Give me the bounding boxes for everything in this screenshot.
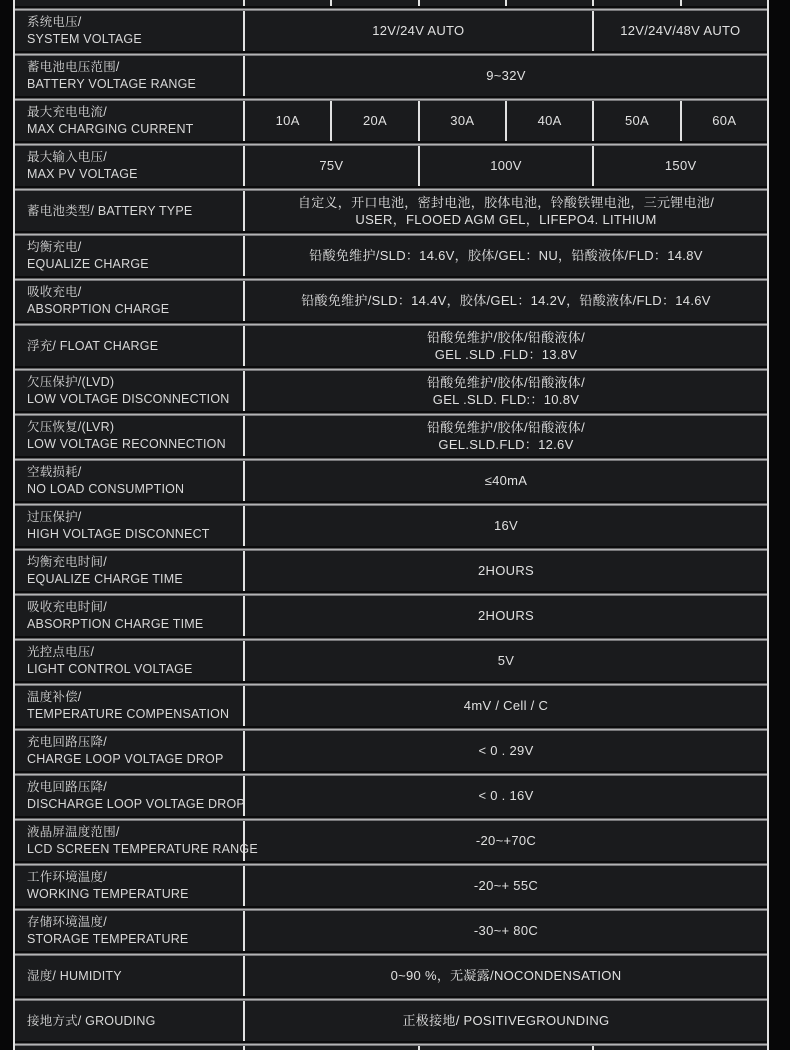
spec-value-text: 0~90 %，无凝露/NOCONDENSATION	[391, 967, 622, 985]
table-row: 系统电压/SYSTEM VOLTAGE12V/24V AUTO12V/24V/4…	[15, 11, 767, 51]
row-label: 放电回路压降/DISCHARGE LOOP VOLTAGE DROP	[15, 776, 243, 816]
table-row: 放电回路压降/DISCHARGE LOOP VOLTAGE DROP< 0 . …	[15, 776, 767, 816]
table-bottom-fragment-row	[15, 1046, 767, 1050]
row-label-text: 欠压恢复/(LVR)	[27, 419, 239, 436]
spec-value-text: 铅酸免维护/胶体/铅酸液体/	[427, 329, 585, 347]
row-label-text: 工作环境温度/	[27, 869, 239, 886]
row-label-text: 充电回路压降/	[27, 734, 239, 751]
spec-table-body: 系统电压/SYSTEM VOLTAGE12V/24V AUTO12V/24V/4…	[15, 11, 767, 1046]
row-label-text: WORKING TEMPERATURE	[27, 886, 239, 903]
row-label-text: DISCHARGE LOOP VOLTAGE DROP	[27, 796, 239, 813]
table-row: 欠压保护/(LVD)LOW VOLTAGE DISCONNECTION铅酸免维护…	[15, 371, 767, 411]
table-row: 湿度/ HUMIDITY0~90 %，无凝露/NOCONDENSATION	[15, 956, 767, 996]
spec-value-cell: < 0 . 16V	[243, 776, 767, 816]
spec-value-cell: 30A	[418, 101, 505, 141]
row-label-text: 接地方式/ GROUDING	[27, 1013, 239, 1030]
spec-value-cell: 铅酸免维护/胶体/铅酸液体/GEL .SLD. FLD:：10.8V	[243, 371, 767, 411]
spec-value-cell: 铅酸免维护/SLD：14.6V，胶体/GEL：NU，铅酸液体/FLD：14.8V	[243, 236, 767, 276]
spec-value-text: 铅酸免维护/胶体/铅酸液体/	[427, 419, 585, 437]
spec-value-cell: 0~90 %，无凝露/NOCONDENSATION	[243, 956, 767, 996]
row-label: 接地方式/ GROUDING	[15, 1001, 243, 1041]
table-row: 均衡充电时间/EQUALIZE CHARGE TIME2HOURS	[15, 551, 767, 591]
spec-value-text: 12V/24V/48V AUTO	[620, 22, 740, 40]
row-label-text: 系统电压/	[27, 14, 239, 31]
spec-value-text: -20~+ 55C	[474, 877, 538, 895]
spec-value-text: 12V/24V AUTO	[372, 22, 464, 40]
spec-value-text: 9~32V	[486, 67, 525, 85]
table-row: 均衡充电/EQUALIZE CHARGE铅酸免维护/SLD：14.6V，胶体/G…	[15, 236, 767, 276]
row-label-text: 蓄电池类型/ BATTERY TYPE	[27, 203, 239, 220]
row-label-text: 温度补偿/	[27, 689, 239, 706]
spec-value-text: 16V	[494, 517, 518, 535]
row-label: 温度补偿/TEMPERATURE COMPENSATION	[15, 686, 243, 726]
spec-value-cell: 自定义，开口电池，密封电池，胶体电池，铃酸铁锂电池，三元锂电池/USER，FLO…	[243, 191, 767, 231]
spec-value-text: ≤40mA	[485, 472, 528, 490]
spec-value-cell: 150V	[592, 146, 767, 186]
row-label: 系统电压/SYSTEM VOLTAGE	[15, 11, 243, 51]
fragment-cell	[592, 1046, 767, 1050]
fragment-cell	[330, 0, 417, 6]
row-label-text: 蓄电池电压范围/	[27, 59, 239, 76]
table-row: 过压保护/HIGH VOLTAGE DISCONNECT16V	[15, 506, 767, 546]
spec-value-text: 铅酸免维护/SLD：14.4V，胶体/GEL：14.2V，铅酸液体/FLD：14…	[301, 292, 711, 310]
row-label-text: STORAGE TEMPERATURE	[27, 931, 239, 948]
fragment-label-cell	[15, 0, 243, 6]
row-label-text: 空载损耗/	[27, 464, 239, 481]
spec-value-text: 100V	[490, 157, 522, 175]
table-row: 接地方式/ GROUDING正极接地/ POSITIVEGROUNDING	[15, 1001, 767, 1041]
table-row: 空载损耗/NO LOAD CONSUMPTION≤40mA	[15, 461, 767, 501]
row-label-text: EQUALIZE CHARGE TIME	[27, 571, 239, 588]
fragment-cell	[418, 1046, 593, 1050]
table-row: 吸收充电/ABSORPTION CHARGE铅酸免维护/SLD：14.4V，胶体…	[15, 281, 767, 321]
spec-value-cell: 5V	[243, 641, 767, 681]
row-label-text: SYSTEM VOLTAGE	[27, 31, 239, 48]
row-label: 蓄电池电压范围/BATTERY VOLTAGE RANGE	[15, 56, 243, 96]
table-row: 温度补偿/TEMPERATURE COMPENSATION4mV / Cell …	[15, 686, 767, 726]
table-row: 存储环境温度/STORAGE TEMPERATURE-30~+ 80C	[15, 911, 767, 951]
spec-value-text: USER，FLOOED AGM GEL，LIFEPO4. LITHIUM	[355, 211, 656, 229]
row-label: 液晶屏温度范围/LCD SCREEN TEMPERATURE RANGE	[15, 821, 243, 861]
row-label-text: EQUALIZE CHARGE	[27, 256, 239, 273]
spec-value-cell: -20~+ 55C	[243, 866, 767, 906]
spec-value-cell: 4mV / Cell / C	[243, 686, 767, 726]
row-label: 存储环境温度/STORAGE TEMPERATURE	[15, 911, 243, 951]
row-label: 最大输入电压/MAX PV VOLTAGE	[15, 146, 243, 186]
row-label-text: HIGH VOLTAGE DISCONNECT	[27, 526, 239, 543]
row-label-text: 光控点电压/	[27, 644, 239, 661]
spec-value-cell: ≤40mA	[243, 461, 767, 501]
row-label: 工作环境温度/WORKING TEMPERATURE	[15, 866, 243, 906]
spec-value-cell: 铅酸免维护/SLD：14.4V，胶体/GEL：14.2V，铅酸液体/FLD：14…	[243, 281, 767, 321]
row-label-text: MAX PV VOLTAGE	[27, 166, 239, 183]
row-label: 均衡充电/EQUALIZE CHARGE	[15, 236, 243, 276]
row-label-text: 吸收充电/	[27, 284, 239, 301]
row-label-text: LOW VOLTAGE DISCONNECTION	[27, 391, 239, 408]
fragment-cell	[243, 1046, 418, 1050]
spec-value-cell: 2HOURS	[243, 596, 767, 636]
table-row: 蓄电池类型/ BATTERY TYPE自定义，开口电池，密封电池，胶体电池，铃酸…	[15, 191, 767, 231]
spec-value-text: -20~+70C	[476, 832, 536, 850]
spec-value-text: 自定义，开口电池，密封电池，胶体电池，铃酸铁锂电池，三元锂电池/	[298, 194, 714, 212]
row-label-text: TEMPERATURE COMPENSATION	[27, 706, 239, 723]
fragment-cell	[243, 0, 330, 6]
row-label-text: 过压保护/	[27, 509, 239, 526]
spec-value-text: 30A	[450, 112, 474, 130]
table-row: 充电回路压降/CHARGE LOOP VOLTAGE DROP< 0 . 29V	[15, 731, 767, 771]
row-label: 浮充/ FLOAT CHARGE	[15, 326, 243, 366]
spec-value-text: 10A	[276, 112, 300, 130]
row-label-text: 放电回路压降/	[27, 779, 239, 796]
row-label: 充电回路压降/CHARGE LOOP VOLTAGE DROP	[15, 731, 243, 771]
table-row: 最大充电电流/MAX CHARGING CURRENT10A20A30A40A5…	[15, 101, 767, 141]
spec-value-cell: 铅酸免维护/胶体/铅酸液体/GEL .SLD .FLD：13.8V	[243, 326, 767, 366]
row-label-text: 液晶屏温度范围/	[27, 824, 239, 841]
spec-value-cell: 10A	[243, 101, 330, 141]
spec-value-text: 2HOURS	[478, 607, 534, 625]
spec-value-text: 5V	[498, 652, 515, 670]
spec-value-cell: 60A	[680, 101, 767, 141]
row-label-text: BATTERY VOLTAGE RANGE	[27, 76, 239, 93]
table-row: 欠压恢复/(LVR)LOW VOLTAGE RECONNECTION铅酸免维护/…	[15, 416, 767, 456]
spec-value-text: 60A	[712, 112, 736, 130]
row-label-text: LIGHT CONTROL VOLTAGE	[27, 661, 239, 678]
spec-value-cell: 20A	[330, 101, 417, 141]
row-label-text: LOW VOLTAGE RECONNECTION	[27, 436, 239, 453]
row-label-text: 吸收充电时间/	[27, 599, 239, 616]
row-label-text: 湿度/ HUMIDITY	[27, 968, 239, 985]
spec-value-text: < 0 . 16V	[478, 787, 533, 805]
row-label-text: 欠压保护/(LVD)	[27, 374, 239, 391]
row-label: 欠压保护/(LVD)LOW VOLTAGE DISCONNECTION	[15, 371, 243, 411]
row-label-text: ABSORPTION CHARGE	[27, 301, 239, 318]
spec-value-cell: < 0 . 29V	[243, 731, 767, 771]
row-label: 湿度/ HUMIDITY	[15, 956, 243, 996]
spec-value-text: 2HOURS	[478, 562, 534, 580]
spec-value-text: 50A	[625, 112, 649, 130]
spec-value-text: 铅酸免维护/胶体/铅酸液体/	[427, 374, 585, 392]
spec-value-text: GEL .SLD. FLD:：10.8V	[433, 391, 579, 409]
fragment-label-cell	[15, 1046, 243, 1050]
row-label: 过压保护/HIGH VOLTAGE DISCONNECT	[15, 506, 243, 546]
row-label: 光控点电压/LIGHT CONTROL VOLTAGE	[15, 641, 243, 681]
spec-value-cell: 正极接地/ POSITIVEGROUNDING	[243, 1001, 767, 1041]
spec-value-text: 正极接地/ POSITIVEGROUNDING	[403, 1012, 610, 1030]
row-label-text: LCD SCREEN TEMPERATURE RANGE	[27, 841, 239, 858]
table-row: 吸收充电时间/ABSORPTION CHARGE TIME2HOURS	[15, 596, 767, 636]
row-label: 吸收充电时间/ABSORPTION CHARGE TIME	[15, 596, 243, 636]
row-label: 蓄电池类型/ BATTERY TYPE	[15, 191, 243, 231]
table-row: 光控点电压/LIGHT CONTROL VOLTAGE5V	[15, 641, 767, 681]
row-label: 吸收充电/ABSORPTION CHARGE	[15, 281, 243, 321]
spec-value-text: 150V	[665, 157, 697, 175]
fragment-cell	[680, 0, 767, 6]
spec-value-text: 铅酸免维护/SLD：14.6V，胶体/GEL：NU，铅酸液体/FLD：14.8V	[309, 247, 702, 265]
row-label-text: 均衡充电时间/	[27, 554, 239, 571]
spec-value-cell: 16V	[243, 506, 767, 546]
table-row: 最大输入电压/MAX PV VOLTAGE75V100V150V	[15, 146, 767, 186]
table-row: 浮充/ FLOAT CHARGE铅酸免维护/胶体/铅酸液体/GEL .SLD .…	[15, 326, 767, 366]
spec-value-cell: 铅酸免维护/胶体/铅酸液体/GEL.SLD.FLD：12.6V	[243, 416, 767, 456]
row-label: 欠压恢复/(LVR)LOW VOLTAGE RECONNECTION	[15, 416, 243, 456]
spec-value-text: GEL.SLD.FLD：12.6V	[438, 436, 573, 454]
row-label: 均衡充电时间/EQUALIZE CHARGE TIME	[15, 551, 243, 591]
row-label-text: 存储环境温度/	[27, 914, 239, 931]
row-label-text: MAX CHARGING CURRENT	[27, 121, 239, 138]
row-label-text: ABSORPTION CHARGE TIME	[27, 616, 239, 633]
spec-value-cell: 12V/24V/48V AUTO	[592, 11, 767, 51]
fragment-cell	[592, 0, 679, 6]
spec-value-text: 75V	[319, 157, 343, 175]
spec-value-cell: 50A	[592, 101, 679, 141]
spec-value-cell: 75V	[243, 146, 418, 186]
spec-value-text: 40A	[538, 112, 562, 130]
row-label-text: 浮充/ FLOAT CHARGE	[27, 338, 239, 355]
table-row: 液晶屏温度范围/LCD SCREEN TEMPERATURE RANGE-20~…	[15, 821, 767, 861]
spec-value-cell: 100V	[418, 146, 593, 186]
row-label-text: NO LOAD CONSUMPTION	[27, 481, 239, 498]
table-row: 工作环境温度/WORKING TEMPERATURE-20~+ 55C	[15, 866, 767, 906]
fragment-cell	[418, 0, 505, 6]
spec-value-cell: 9~32V	[243, 56, 767, 96]
spec-value-text: GEL .SLD .FLD：13.8V	[435, 346, 578, 364]
spec-table: 系统电压/SYSTEM VOLTAGE12V/24V AUTO12V/24V/4…	[13, 0, 769, 1050]
spec-value-text: 20A	[363, 112, 387, 130]
spec-value-text: 4mV / Cell / C	[464, 697, 548, 715]
spec-value-cell: 12V/24V AUTO	[243, 11, 592, 51]
spec-value-cell: 40A	[505, 101, 592, 141]
row-label-text: CHARGE LOOP VOLTAGE DROP	[27, 751, 239, 768]
row-label-text: 最大充电电流/	[27, 104, 239, 121]
spec-value-text: < 0 . 29V	[478, 742, 533, 760]
spec-value-text: -30~+ 80C	[474, 922, 538, 940]
table-top-fragment-row	[15, 0, 767, 6]
row-label: 空载损耗/NO LOAD CONSUMPTION	[15, 461, 243, 501]
spec-value-cell: 2HOURS	[243, 551, 767, 591]
table-row: 蓄电池电压范围/BATTERY VOLTAGE RANGE9~32V	[15, 56, 767, 96]
fragment-cell	[505, 0, 592, 6]
spec-value-cell: -30~+ 80C	[243, 911, 767, 951]
row-label: 最大充电电流/MAX CHARGING CURRENT	[15, 101, 243, 141]
row-label-text: 最大输入电压/	[27, 149, 239, 166]
spec-value-cell: -20~+70C	[243, 821, 767, 861]
row-label-text: 均衡充电/	[27, 239, 239, 256]
